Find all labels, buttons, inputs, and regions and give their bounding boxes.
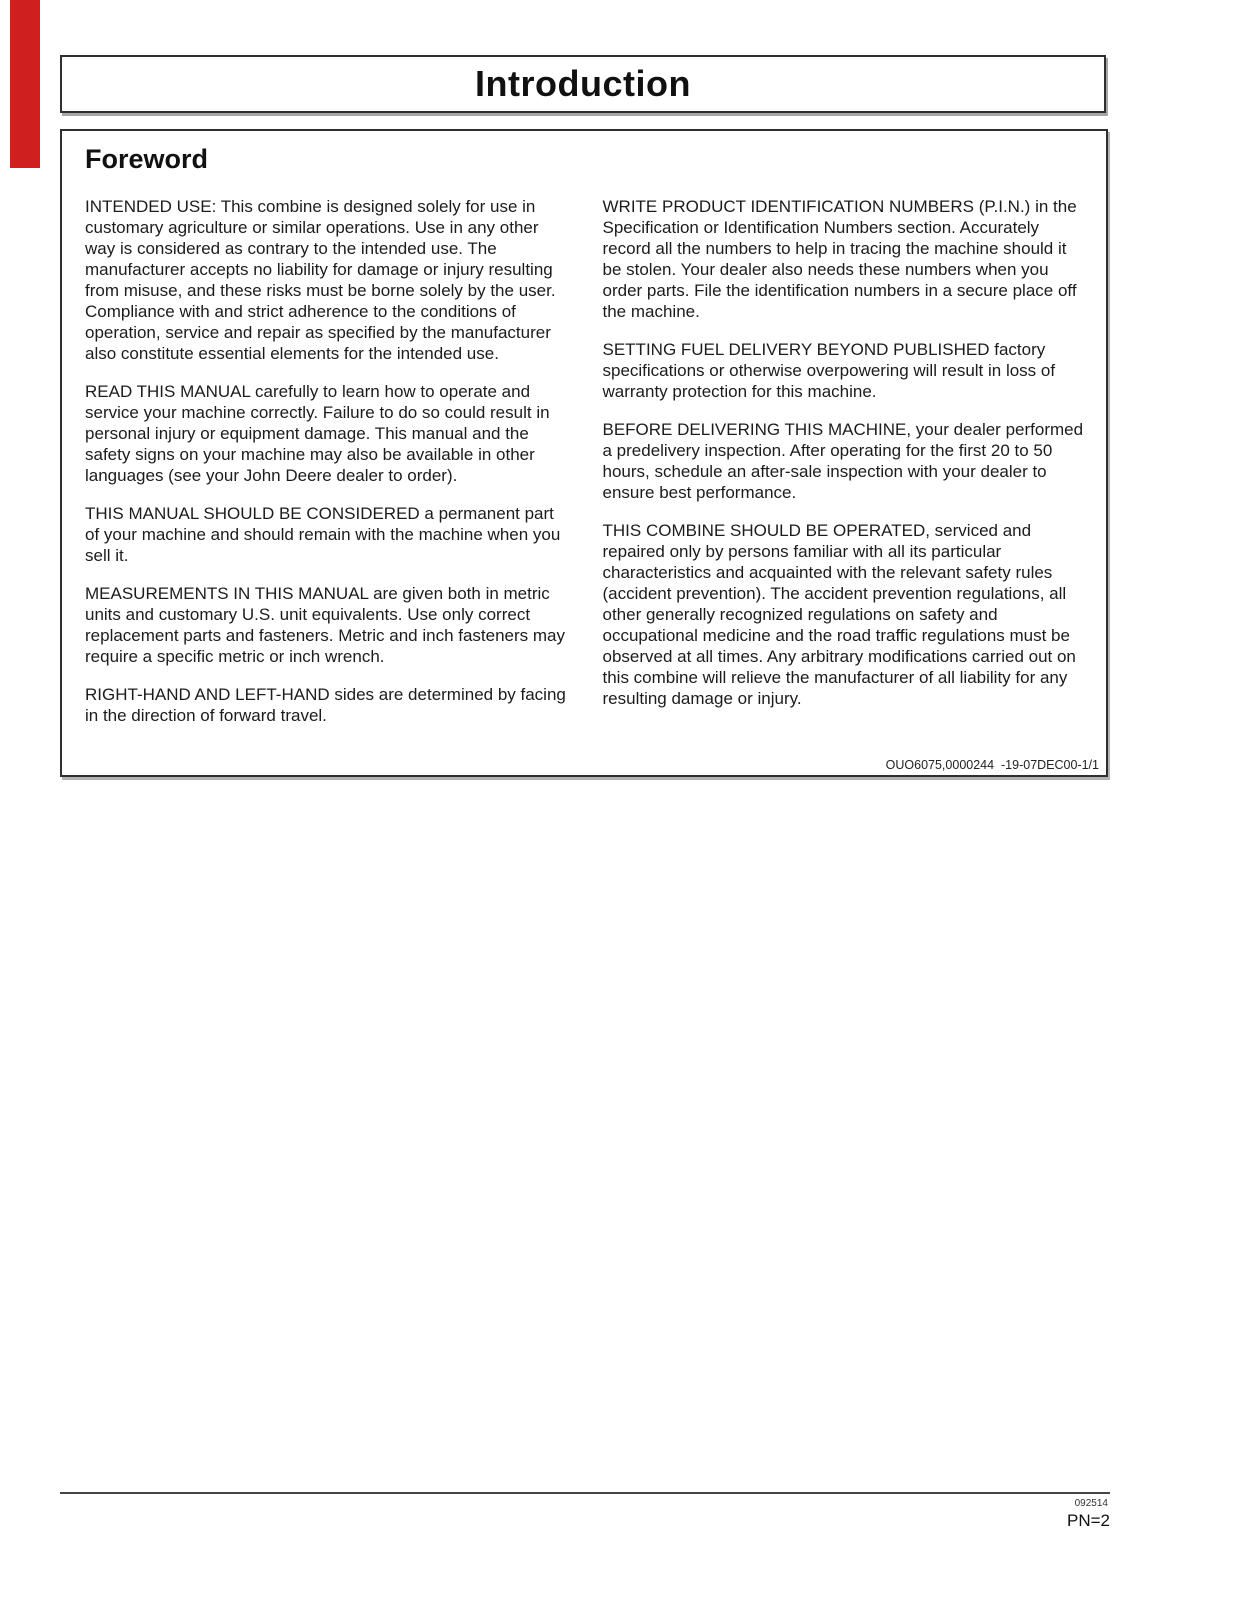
page-title: Introduction xyxy=(475,63,691,105)
paragraph-intended-use: INTENDED USE: This combine is designed s… xyxy=(85,196,573,364)
paragraph-before-delivering: BEFORE DELIVERING THIS MACHINE, your dea… xyxy=(603,419,1091,503)
page-footer: 092514 PN=2 xyxy=(60,1492,1110,1531)
manual-page: Introduction Foreword INTENDED USE: This… xyxy=(0,0,1236,1600)
paragraph-read-this-manual: READ THIS MANUAL carefully to learn how … xyxy=(85,381,573,486)
footer-divider xyxy=(60,1492,1110,1494)
introduction-header-box: Introduction xyxy=(60,55,1106,113)
document-reference-code: OUO6075,0000244 -19-07DEC00-1/1 xyxy=(886,758,1099,772)
paragraph-right-left-hand: RIGHT-HAND AND LEFT-HAND sides are deter… xyxy=(85,684,573,726)
paragraph-manual-permanent-part: THIS MANUAL SHOULD BE CONSIDERED a perma… xyxy=(85,503,573,566)
left-column: INTENDED USE: This combine is designed s… xyxy=(85,196,573,726)
right-column: WRITE PRODUCT IDENTIFICATION NUMBERS (P.… xyxy=(603,196,1091,726)
red-scan-marker xyxy=(10,0,40,168)
print-code: 092514 xyxy=(60,1498,1110,1509)
paragraph-measurements: MEASUREMENTS IN THIS MANUAL are given bo… xyxy=(85,583,573,667)
paragraph-write-pin: WRITE PRODUCT IDENTIFICATION NUMBERS (P.… xyxy=(603,196,1091,322)
paragraph-fuel-delivery: SETTING FUEL DELIVERY BEYOND PUBLISHED f… xyxy=(603,339,1091,402)
page-number: PN=2 xyxy=(60,1511,1110,1531)
two-column-layout: INTENDED USE: This combine is designed s… xyxy=(85,196,1090,726)
paragraph-combine-operation: THIS COMBINE SHOULD BE OPERATED, service… xyxy=(603,520,1091,709)
section-title: Foreword xyxy=(85,144,1090,175)
foreword-section-box: Foreword INTENDED USE: This combine is d… xyxy=(60,129,1108,777)
